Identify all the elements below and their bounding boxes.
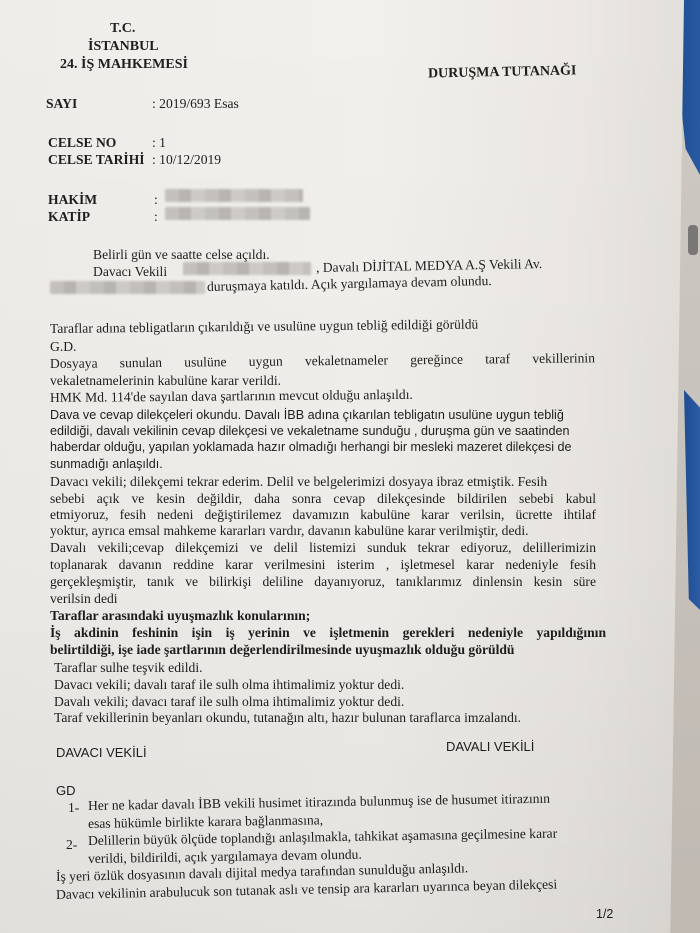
body-line-text: Dosyaya sunulan usulüne uygun vekaletnam… <box>50 351 595 370</box>
body-line: Dosyaya sunulan usulüne uygun vekaletnam… <box>50 351 595 370</box>
body-line-text: İş akdinin feshinin işin iş yerinin ve i… <box>50 626 606 640</box>
sayi-value: : 2019/693 Esas <box>152 97 239 111</box>
body-line: duruşmaya katıldı. Açık yargılamaya deva… <box>207 274 492 294</box>
body-line-bold: İş akdinin feshinin işin iş yerinin ve i… <box>50 626 606 640</box>
body-line: Belirli gün ve saatte celse açıldı. <box>93 248 270 262</box>
body-line: gerçekleşmiştir, tanık ve bilirkişi deli… <box>50 575 596 589</box>
body-line-text: toplanarak davanın reddine karar verilme… <box>50 558 596 572</box>
signature-davali-vekili: DAVALI VEKİLİ <box>446 740 534 753</box>
gd-item-2-cont: verildi, bildirildi, açık yargılamaya de… <box>88 848 362 866</box>
body-line: Davacı vekili; dilekçemi tekrar ederim. … <box>50 475 547 489</box>
body-line-text: gerçekleşmiştir, tanık ve bilirkişi deli… <box>50 575 596 589</box>
body-line: yoktur, ayrıca emsal mahkeme kararları v… <box>50 524 529 538</box>
header-tc: T.C. <box>110 22 135 36</box>
celse-no-label: CELSE NO <box>48 136 116 150</box>
gd-line-ozluk: İş yeri özlük dosyasının davalı dijital … <box>56 861 468 883</box>
celse-tarihi-label: CELSE TARİHİ <box>48 153 145 167</box>
body-line: Taraflar adına tebligatların çıkarıldığı… <box>50 318 478 336</box>
body-line: Davalı vekili; davacı taraf ile sulh olm… <box>54 695 404 709</box>
redacted-hakim-name <box>165 189 303 202</box>
binder-clip <box>688 225 698 255</box>
body-line: toplanarak davanın reddine karar verilme… <box>50 558 596 572</box>
body-line: Davalı vekili;cevap dilekçemizi ve delil… <box>50 541 596 555</box>
body-line-bold: Taraflar arasındaki uyuşmazlık konuların… <box>50 609 310 623</box>
sayi-label: SAYI <box>46 97 77 111</box>
gd-label: GD <box>56 784 76 797</box>
body-line: Taraflar sulhe teşvik edildi. <box>54 661 203 675</box>
signature-davaci-vekili: DAVACI VEKİLİ <box>56 746 147 759</box>
redacted-davali-vekili <box>50 281 205 294</box>
hakim-colon: : <box>154 193 158 207</box>
body-line: G.D. <box>50 340 76 354</box>
body-line: Davacı vekili; davalı taraf ile sulh olm… <box>54 678 404 692</box>
body-line: verilsin dedi <box>50 592 118 606</box>
body-line: HMK Md. 114'de sayılan dava şartlarının … <box>50 388 413 405</box>
gd-line-arabulucu: Davacı vekilinin arabulucuk son tutanak … <box>56 878 557 902</box>
header-city: İSTANBUL <box>88 40 159 54</box>
katip-label: KATİP <box>48 210 90 224</box>
body-line: sebebi açık ve kesin değildir, daha sonr… <box>50 492 596 506</box>
body-line: Dava ve cevap dilekçeleri okundu. Davalı… <box>50 409 564 422</box>
body-line: , Davalı DİJİTAL MEDYA A.Ş Vekili Av. <box>316 257 542 275</box>
celse-tarihi-value: : 10/12/2019 <box>152 153 221 167</box>
redacted-davaci-vekili <box>183 262 311 275</box>
katip-colon: : <box>154 210 158 224</box>
gd-item-2: Delillerin büyük ölçüde toplandığı anlaş… <box>88 827 557 848</box>
celse-no-value: : 1 <box>152 136 166 150</box>
body-line: Taraf vekillerinin beyanları okundu, tut… <box>54 711 521 725</box>
body-line: etmiyoruz, fesih nedeni değiştirilemez d… <box>50 508 596 522</box>
body-line: sunmadığı anlaşıldı. <box>50 458 163 471</box>
gd-item-1: Her ne kadar davalı İBB vekili husimet i… <box>88 792 550 813</box>
gd-item-number: 2- <box>66 838 77 852</box>
body-line-text: Davalı vekili;cevap dilekçemizi ve delil… <box>50 541 596 555</box>
hakim-label: HAKİM <box>48 193 97 207</box>
body-line-text: etmiyoruz, fesih nedeni değiştirilemez d… <box>50 508 596 522</box>
body-line: vekaletnamelerinin kabulüne karar verild… <box>50 374 281 388</box>
gd-item-number: 1- <box>68 801 79 815</box>
body-line-text: sebebi açık ve kesin değildir, daha sonr… <box>50 492 596 506</box>
body-line-bold: belirtildiği, işe iade şartlarının değer… <box>50 643 515 657</box>
document-title: DURUŞMA TUTANAĞI <box>428 64 577 81</box>
page-number: 1/2 <box>596 908 613 921</box>
gd-item-1-cont: esas hükümle birlikte karara bağlanmasın… <box>88 813 323 830</box>
redacted-katip-name <box>165 207 310 220</box>
body-line: edildiği, davalı vekilinin cevap dilekçe… <box>50 425 569 438</box>
body-line: haberdar olduğu, yapılan yoklamada hazır… <box>50 441 572 454</box>
document-page: T.C. İSTANBUL 24. İŞ MAHKEMESİ DURUŞMA T… <box>0 0 684 933</box>
court-name: 24. İŞ MAHKEMESİ <box>60 58 188 72</box>
body-line: Davacı Vekili <box>93 265 167 279</box>
